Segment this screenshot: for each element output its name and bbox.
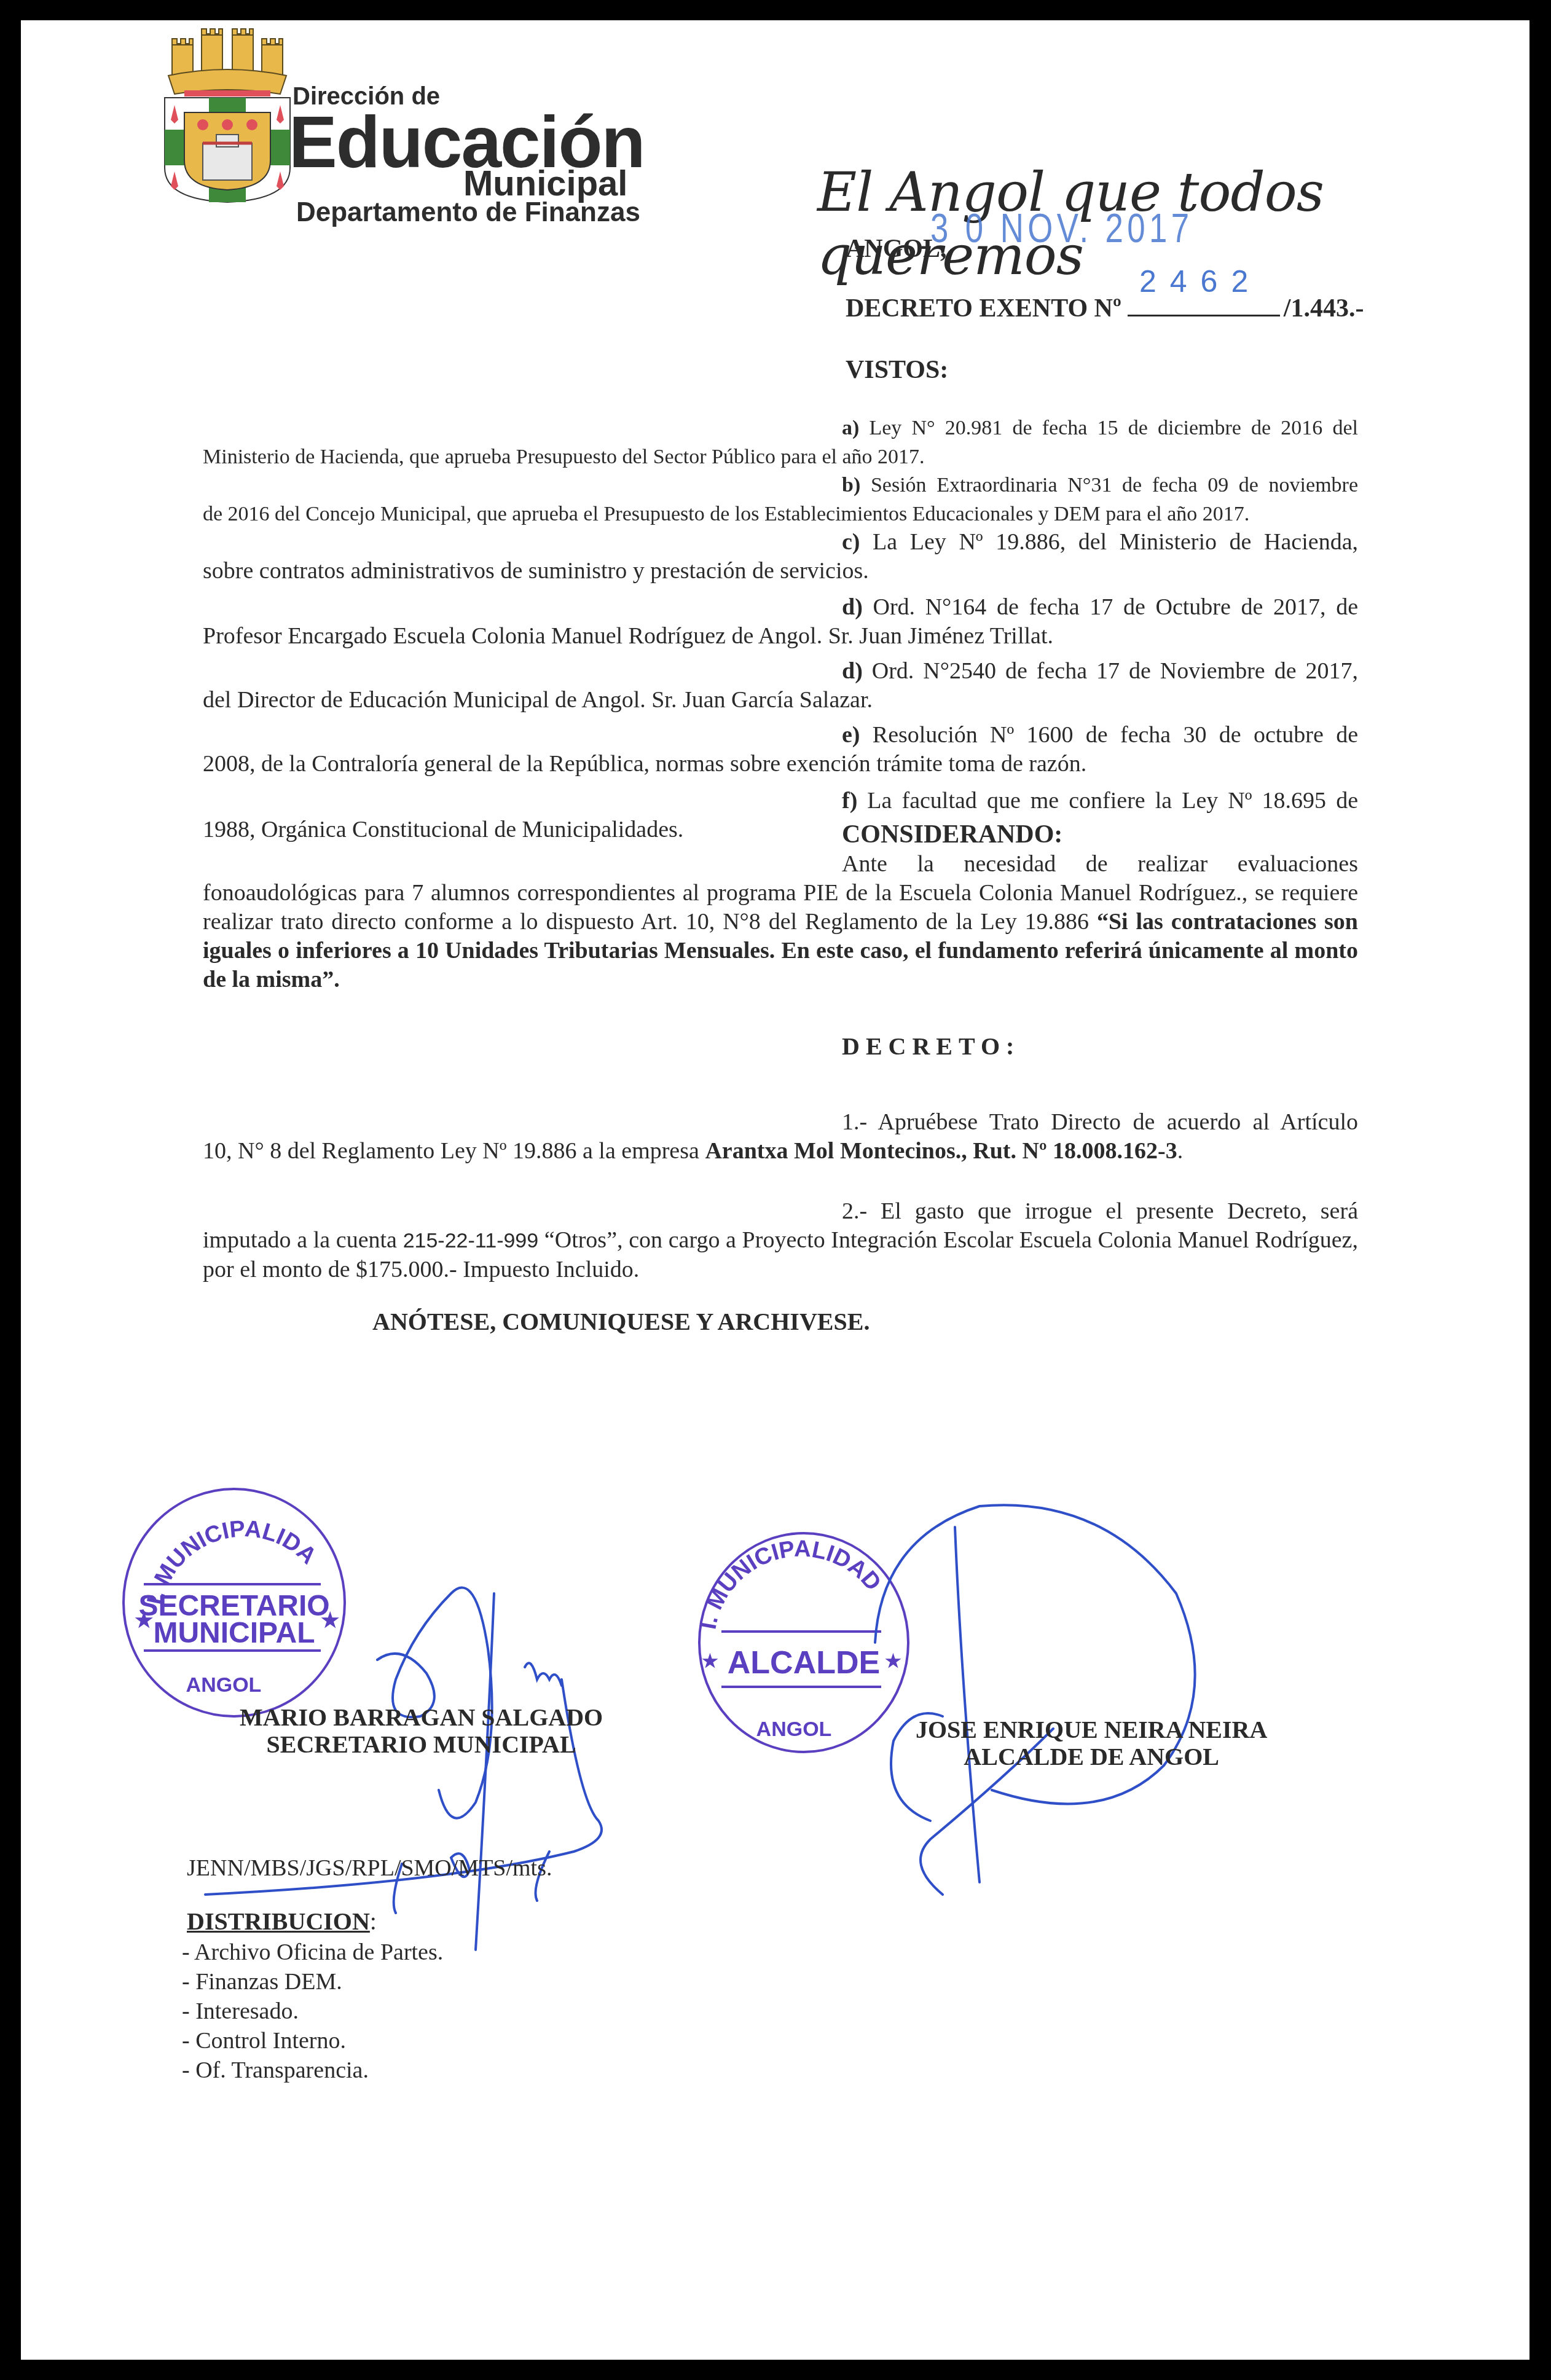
account-code: 215-22-11-999 [403,1229,539,1252]
decreto-heading: DECRETO: [842,1032,1020,1061]
considerando-heading: CONSIDERANDO: [842,820,1062,849]
vistos-item: b) Sesión Extraordinaria N°31 de fecha 0… [203,471,1358,528]
item-text: Ord. N°2540 de fecha 17 de Noviembre de … [872,658,1358,684]
item-text-cont: Profesor Encargado Escuela Colonia Manue… [203,622,1358,651]
item-text: Ord. N°164 de fecha 17 de Octubre de 201… [873,594,1358,620]
item-label: e) [842,722,860,748]
document-page: Dirección de Educación Municipal Departa… [21,20,1529,2360]
vistos-item: e) Resolución Nº 1600 de fecha 30 de oct… [203,721,1358,779]
list-item: - Control Interno. [182,2026,443,2056]
decree-suffix: /1.443.- [1284,294,1364,323]
item-text-cont: de 2016 del Concejo Municipal, que aprue… [203,500,1358,528]
item-text: La Ley Nº 19.886, del Ministerio de Haci… [873,529,1358,555]
item-text-cont: 1988, Orgánica Constitucional de Municip… [203,815,1358,844]
article-end: . [1177,1138,1184,1164]
place-label: ANGOL, [846,234,947,264]
decree-number-blank [1128,294,1280,316]
item-label: a) [842,417,859,439]
item-label: f) [842,788,857,814]
alcalde-signature-icon [875,1505,1195,1895]
signer-name: MARIO BARRAGAN SALGADO [240,1704,603,1731]
signer-name: JOSE ENRIQUE NEIRA NEIRA [916,1716,1267,1743]
item-text: La facultad que me confiere la Ley Nº 18… [867,788,1358,814]
department-name: Departamento de Finanzas [296,197,640,228]
item-text-cont: del Director de Educación Municipal de A… [203,686,1358,715]
secretario-signature-block: MARIO BARRAGAN SALGADO SECRETARIO MUNICI… [240,1704,603,1758]
alcalde-signature-block: JOSE ENRIQUE NEIRA NEIRA ALCALDE DE ANGO… [916,1716,1267,1770]
vistos-item: d) Ord. N°2540 de fecha 17 de Noviembre … [203,657,1358,715]
item-text: Ley N° 20.981 de fecha 15 de diciembre d… [870,417,1359,439]
closing-formula: ANÓTESE, COMUNIQUESE Y ARCHIVESE. [372,1307,870,1336]
vistos-heading: VISTOS: [846,355,948,385]
svg-text:★: ★ [135,1609,153,1632]
list-item: - Of. Transparencia. [182,2056,443,2085]
item-label: d) [842,594,863,620]
article-first-line: 2.- El gasto que irrogue el presente Dec… [203,1197,1358,1226]
distribution-heading: DISTRIBUCION: [187,1907,377,1936]
item-label: b) [842,474,860,497]
vistos-item: a) Ley N° 20.981 de fecha 15 de diciembr… [203,414,1358,471]
distribution-list: - Archivo Oficina de Partes. - Finanzas … [182,1938,443,2085]
company-name: Arantxa Mol Montecinos., Rut. Nº 18.008.… [705,1138,1177,1164]
stamp-text-top: I. MUNICIPALIDAD [695,1536,886,1631]
item-label: d) [842,658,863,684]
stamp-text-bottom: ANGOL [756,1718,832,1741]
svg-text:★: ★ [702,1651,718,1671]
list-item: - Archivo Oficina de Partes. [182,1938,443,1967]
signer-title: SECRETARIO MUNICIPAL [240,1731,603,1758]
vistos-item: c) La Ley Nº 19.886, del Ministerio de H… [203,528,1358,586]
vistos-item: f) La facultad que me confiere la Ley Nº… [203,787,1358,844]
stamp-text-center-2: MUNICIPAL [153,1617,315,1649]
decree-article-1: 1.- Apruébese Trato Directo de acuerdo a… [203,1108,1358,1166]
article-text: imputado a la cuenta [203,1227,403,1253]
svg-text:★: ★ [885,1651,901,1671]
secretario-signature-icon [205,1588,602,1950]
item-text-cont: 2008, de la Contraloría general de la Re… [203,750,1358,779]
distribution-title: DISTRIBUCION [187,1907,370,1935]
article-text: 10, N° 8 del Reglamento Ley Nº 19.886 a … [203,1138,705,1164]
item-text-cont: Ministerio de Hacienda, que aprueba Pres… [203,442,1358,471]
decree-header: DECRETO EXENTO Nº/1.443.- [846,294,1364,323]
article-first-line: 1.- Apruébese Trato Directo de acuerdo a… [203,1108,1358,1137]
paragraph-first-line: Ante la necesidad de realizar evaluacion… [203,850,1358,879]
svg-text:I. MUNICIPALIDAD: I. MUNICIPALIDAD [695,1536,886,1631]
alcalde-stamp-icon [699,1533,908,1752]
decree-label: DECRETO EXENTO Nº [846,294,1121,323]
considerando-paragraph: Ante la necesidad de realizar evaluacion… [203,850,1358,994]
item-text-cont: sobre contratos administrativos de sumin… [203,557,1358,586]
secretario-stamp-icon [124,1489,345,1716]
svg-text:★: ★ [321,1609,339,1632]
vistos-item: d) Ord. N°164 de fecha 17 de Octubre de … [203,593,1358,651]
list-item: - Finanzas DEM. [182,1967,443,1997]
list-item: - Interesado. [182,1997,443,2026]
decree-article-2: 2.- El gasto que irrogue el presente Dec… [203,1197,1358,1284]
stamp-text-center: ALCALDE [728,1645,880,1681]
coat-of-arms-icon [160,26,295,205]
item-label: c) [842,529,860,555]
stamp-text-center: SECRETARIO [138,1590,329,1622]
item-text: Sesión Extraordinaria N°31 de fecha 09 d… [871,474,1358,497]
signer-title: ALCALDE DE ANGOL [916,1743,1267,1770]
reference-initials: JENN/MBS/JGS/RPL/SMO/MTS/mts. [187,1855,552,1882]
stamp-text-bottom: ANGOL [186,1673,262,1697]
date-stamp: 3 0 NOV. 2017 [930,205,1193,251]
item-text: Resolución Nº 1600 de fecha 30 de octubr… [873,722,1358,748]
